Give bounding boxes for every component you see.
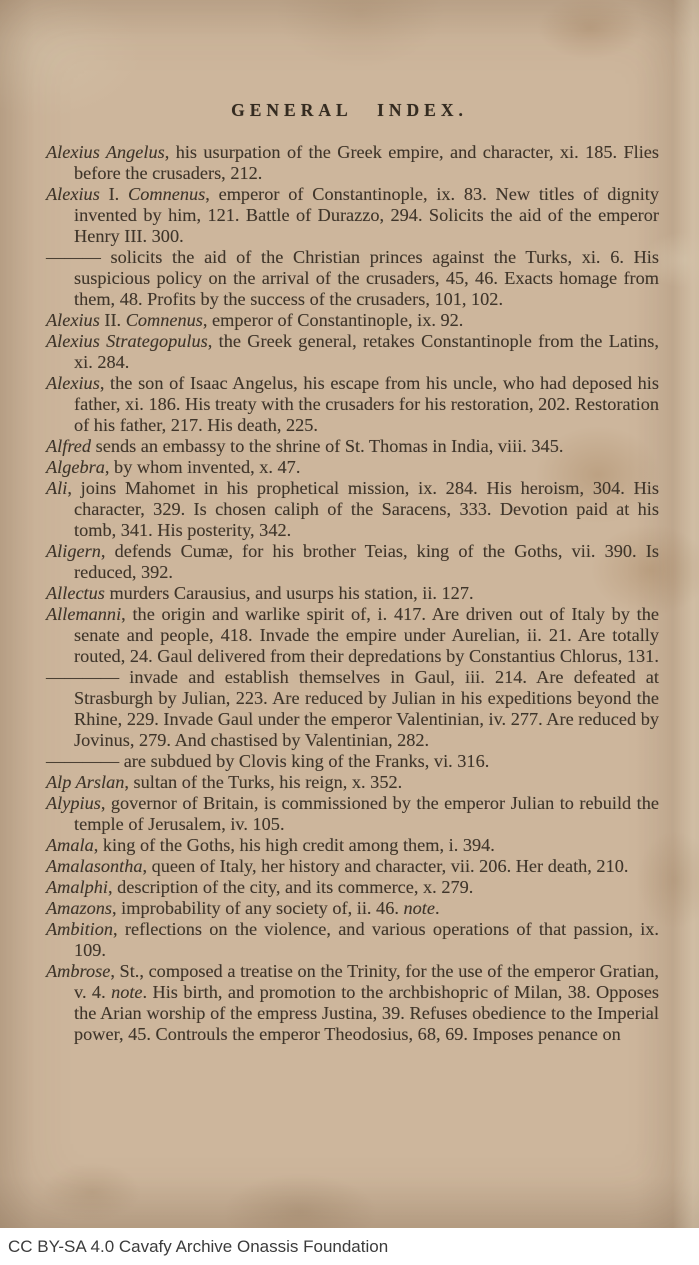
index-entry: Ambrose, St., composed a treatise on the… <box>46 961 659 1045</box>
book-page-scan: GENERAL INDEX. Alexius Angelus, his usur… <box>0 0 699 1228</box>
index-entry: ———— invade and establish themselves in … <box>46 667 659 751</box>
page-title: GENERAL INDEX. <box>0 100 699 121</box>
index-entry: Allemanni, the origin and warlike spirit… <box>46 604 659 667</box>
index-entry: ———— are subdued by Clovis king of the F… <box>46 751 659 772</box>
index-entry: Alp Arslan, sultan of the Turks, his rei… <box>46 772 659 793</box>
index-entry: Alexius, the son of Isaac Angelus, his e… <box>46 373 659 436</box>
index-text-block: Alexius Angelus, his usurpation of the G… <box>46 142 659 1045</box>
license-caption-text: CC BY-SA 4.0 Cavafy Archive Onassis Foun… <box>8 1237 388 1257</box>
index-entry: ——— solicits the aid of the Christian pr… <box>46 247 659 310</box>
index-entry: Alfred sends an embassy to the shrine of… <box>46 436 659 457</box>
index-entry: Amalasontha, queen of Italy, her history… <box>46 856 659 877</box>
index-entry: Ali, joins Mahomet in his prophetical mi… <box>46 478 659 541</box>
index-entry: Alexius Angelus, his usurpation of the G… <box>46 142 659 184</box>
index-entry: Aligern, defends Cumæ, for his brother T… <box>46 541 659 583</box>
index-entry: Amalphi, description of the city, and it… <box>46 877 659 898</box>
index-entry: Algebra, by whom invented, x. 47. <box>46 457 659 478</box>
index-entry: Amala, king of the Goths, his high credi… <box>46 835 659 856</box>
index-entry: Alexius I. Comnenus, emperor of Constant… <box>46 184 659 247</box>
index-entry: Alexius II. Comnenus, emperor of Constan… <box>46 310 659 331</box>
index-entry: Ambition, reflections on the violence, a… <box>46 919 659 961</box>
index-entry: Allectus murders Carausius, and usurps h… <box>46 583 659 604</box>
index-entry: Amazons, improbability of any society of… <box>46 898 659 919</box>
index-entry: Alypius, governor of Britain, is commiss… <box>46 793 659 835</box>
index-entry: Alexius Strategopulus, the Greek general… <box>46 331 659 373</box>
license-caption-bar: CC BY-SA 4.0 Cavafy Archive Onassis Foun… <box>0 1228 699 1265</box>
